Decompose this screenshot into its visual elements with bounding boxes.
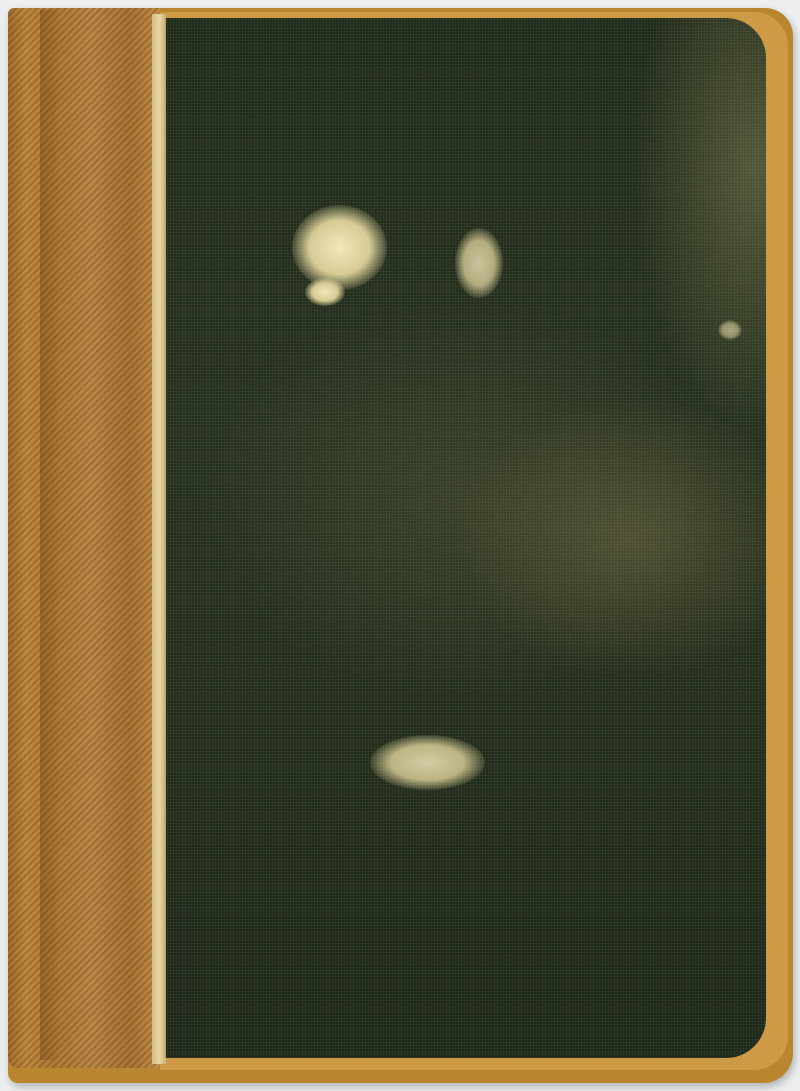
- wear-spot-upper-left-small: [305, 278, 345, 306]
- spine-hinge: [152, 14, 166, 1064]
- spine-shadow: [40, 10, 60, 1060]
- wear-spot-upper-right: [455, 228, 503, 298]
- wear-spot-right-edge: [718, 320, 742, 340]
- book-spine: [8, 8, 160, 1068]
- wear-spot-upper-left: [292, 205, 387, 290]
- wear-spot-lower: [370, 735, 485, 790]
- green-cloth-cover: [164, 18, 766, 1058]
